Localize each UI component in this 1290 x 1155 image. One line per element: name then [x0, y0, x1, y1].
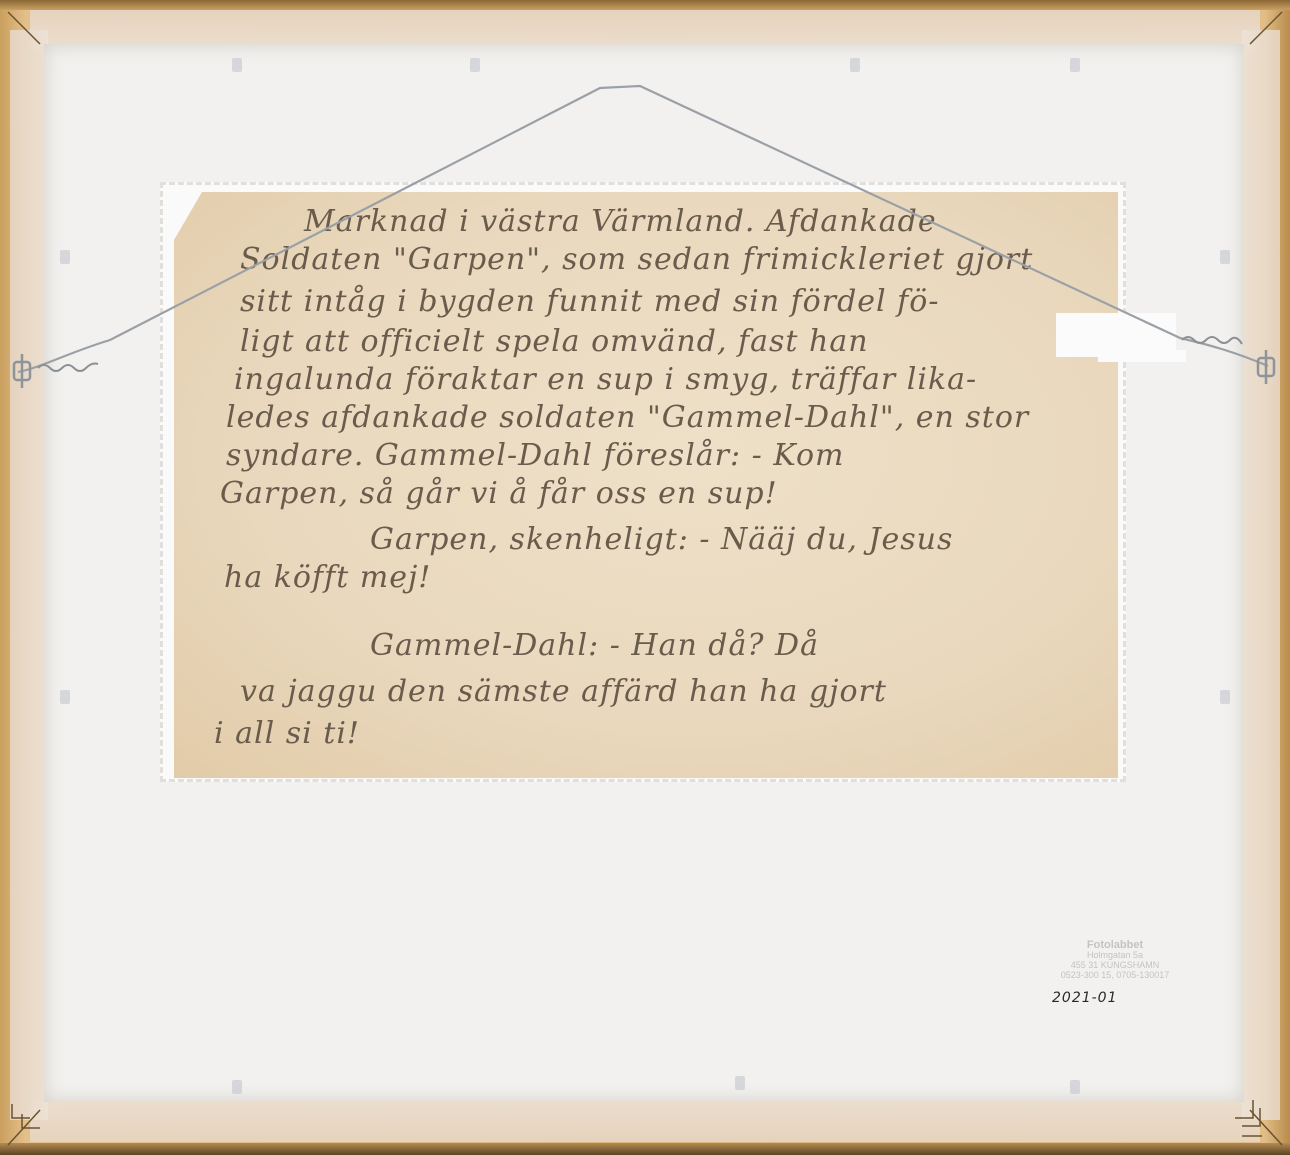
photo-lab-stamp: Fotolabbet Holmgatan 5a 455 31 KUNGSHAMN…	[1040, 940, 1190, 980]
label-patch	[1098, 350, 1186, 362]
tape-right	[1242, 30, 1280, 1120]
note-line: Gammel-Dahl: - Han då? Då	[370, 628, 819, 663]
stamp-line: Holmgatan 5a	[1040, 950, 1190, 960]
clip-icon	[1070, 58, 1080, 72]
clip-icon	[1220, 250, 1230, 264]
clip-icon	[1070, 1080, 1080, 1094]
clip-icon	[1220, 690, 1230, 704]
note-line: i all si ti!	[214, 716, 360, 751]
clip-icon	[60, 690, 70, 704]
handwritten-note: Marknad i västra Värmland. Afdankade Sol…	[174, 192, 1118, 778]
note-line: ingalunda föraktar en sup i smyg, träffa…	[234, 362, 977, 397]
clip-icon	[735, 1076, 745, 1090]
note-line: va jaggu den sämste affärd han ha gjort	[240, 674, 887, 709]
note-line: ha köfft mej!	[224, 560, 431, 595]
clip-icon	[232, 58, 242, 72]
frame-top-edge	[0, 0, 1290, 10]
note-line: Marknad i västra Värmland. Afdankade	[304, 204, 937, 239]
note-line: Garpen, skenheligt: - Nääj du, Jesus	[370, 522, 953, 557]
stamp-line: 455 31 KUNGSHAMN	[1040, 960, 1190, 970]
stamp-line: Fotolabbet	[1040, 940, 1190, 950]
clip-icon	[60, 250, 70, 264]
frame-bottom-edge	[0, 1143, 1290, 1155]
date-mark: 2021-01	[1052, 990, 1118, 1006]
clip-icon	[232, 1080, 242, 1094]
note-line: ligt att officielt spela omvänd, fast ha…	[240, 324, 869, 359]
clip-icon	[850, 58, 860, 72]
tape-left	[10, 30, 48, 1120]
note-line: ledes afdankade soldaten "Gammel-Dahl", …	[226, 400, 1029, 435]
clip-icon	[470, 58, 480, 72]
note-line: Garpen, så går vi å får oss en sup!	[220, 476, 778, 511]
note-line: sitt intåg i bygden funnit med sin förde…	[240, 284, 939, 319]
note-line: Soldaten "Garpen", som sedan frimickleri…	[240, 242, 1033, 277]
note-line: syndare. Gammel-Dahl föreslår: - Kom	[226, 438, 844, 473]
tape-bottom	[30, 1100, 1260, 1142]
stamp-line: 0523-300 15, 0705-130017	[1040, 970, 1190, 980]
